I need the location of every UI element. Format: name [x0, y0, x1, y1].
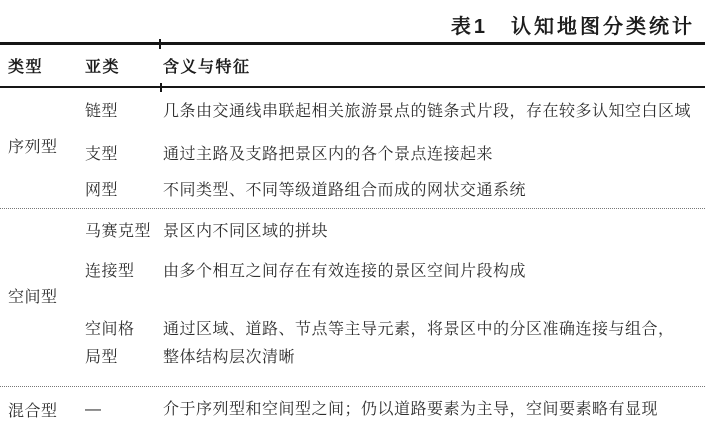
table-group-spatial: 空间型 马赛克型 景区内不同区域的拼块 连接型 由多个相互之间存在有效连接的景区…: [0, 209, 705, 386]
desc-cell-chain: 几条由交通线串联起相关旅游景点的链条式片段，存在较多认知空白区域: [163, 88, 705, 135]
desc-cell-branch: 通过主路及支路把景区内的各个景点连接起来: [163, 135, 705, 175]
subtype-cell-linked: 连接型: [85, 252, 163, 292]
type-label-spatial: 空间型: [0, 284, 85, 312]
type-label-mixed: 混合型: [0, 398, 85, 426]
table-figure: 表1 认知地图分类统计 类型 亚类 含义与特征 序列型 链型 几条由交通线串联起…: [0, 0, 705, 435]
table-header-row: 类型 亚类 含义与特征: [0, 42, 705, 88]
subtype-cell-pattern: 空间格 局型: [85, 292, 163, 386]
subtype-cell-branch: 支型: [85, 135, 163, 175]
header-cell-type: 类型: [0, 54, 85, 77]
column-divider-tick-header: [160, 83, 162, 92]
column-divider-tick-top: [159, 39, 161, 49]
desc-cell-net: 不同类型、不同等级道路组合而成的网状交通系统: [163, 175, 705, 208]
table-title: 表1 认知地图分类统计: [0, 0, 705, 42]
table-group-mixed: 混合型 — 介于序列型和空间型之间；仍以道路要素为主导，空间要素略有显现: [0, 387, 705, 435]
desc-cell-pattern: 通过区域、道路、节点等主导元素，将景区中的分区准确连接与组合， 整体结构层次清晰: [163, 292, 705, 386]
subtype-cell-dash: —: [85, 387, 163, 435]
subtype-cell-net: 网型: [85, 175, 163, 208]
table-group-sequential: 序列型 链型 几条由交通线串联起相关旅游景点的链条式片段，存在较多认知空白区域 …: [0, 88, 705, 208]
header-cell-subtype: 亚类: [85, 54, 163, 77]
classification-table: 类型 亚类 含义与特征 序列型 链型 几条由交通线串联起相关旅游景点的链条式片段…: [0, 42, 705, 435]
header-cell-meaning: 含义与特征: [163, 54, 705, 77]
desc-cell-linked: 由多个相互之间存在有效连接的景区空间片段构成: [163, 252, 705, 292]
desc-cell-mosaic: 景区内不同区域的拼块: [163, 209, 705, 252]
subtype-cell-mosaic: 马赛克型: [85, 209, 163, 252]
subtype-cell-chain: 链型: [85, 88, 163, 135]
desc-cell-mixed: 介于序列型和空间型之间；仍以道路要素为主导，空间要素略有显现: [163, 387, 705, 435]
type-label-sequential: 序列型: [0, 134, 85, 162]
